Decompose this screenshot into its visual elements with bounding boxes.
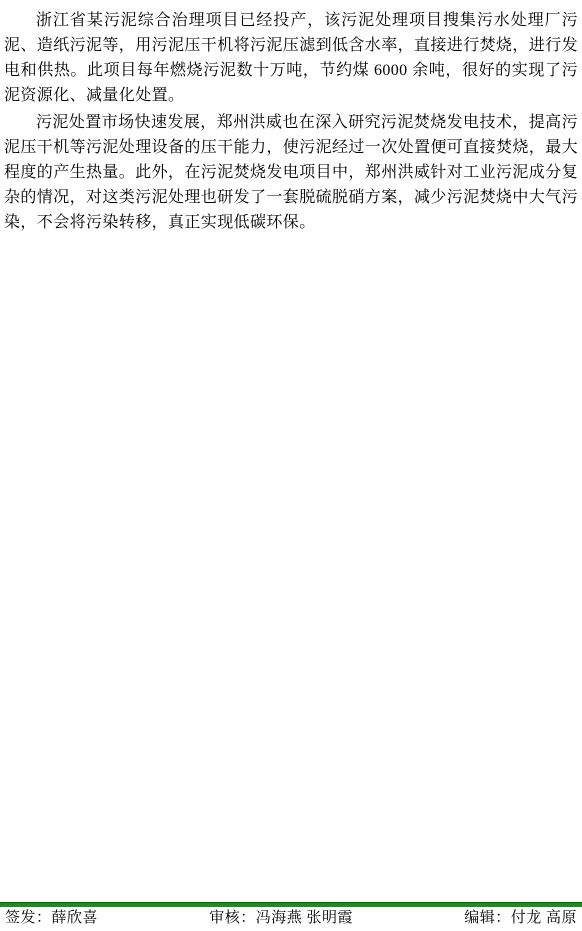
footer-signer: 签发：薛欣喜 xyxy=(5,907,98,929)
footer-editor: 编辑：付龙 高原 xyxy=(464,907,577,929)
paragraph-sludge-project: 浙江省某污泥综合治理项目已经投产，该污泥处理项目搜集污水处理厂污泥、造纸污泥等，… xyxy=(4,8,578,108)
document-body: 浙江省某污泥综合治理项目已经投产，该污泥处理项目搜集污水处理厂污泥、造纸污泥等，… xyxy=(4,8,578,235)
paragraph-sludge-market: 污泥处置市场快速发展，郑州洪威也在深入研究污泥焚烧发电技术，提高污泥压干机等污泥… xyxy=(4,110,578,235)
document-page: 浙江省某污泥综合治理项目已经投产，该污泥处理项目搜集污水处理厂污泥、造纸污泥等，… xyxy=(0,0,582,931)
footer-credits-row: 签发：薛欣喜 审核：冯海燕 张明霞 编辑：付龙 高原 xyxy=(5,907,577,929)
page-footer: 签发：薛欣喜 审核：冯海燕 张明霞 编辑：付龙 高原 xyxy=(0,902,582,931)
footer-reviewer: 审核：冯海燕 张明霞 xyxy=(209,907,353,929)
